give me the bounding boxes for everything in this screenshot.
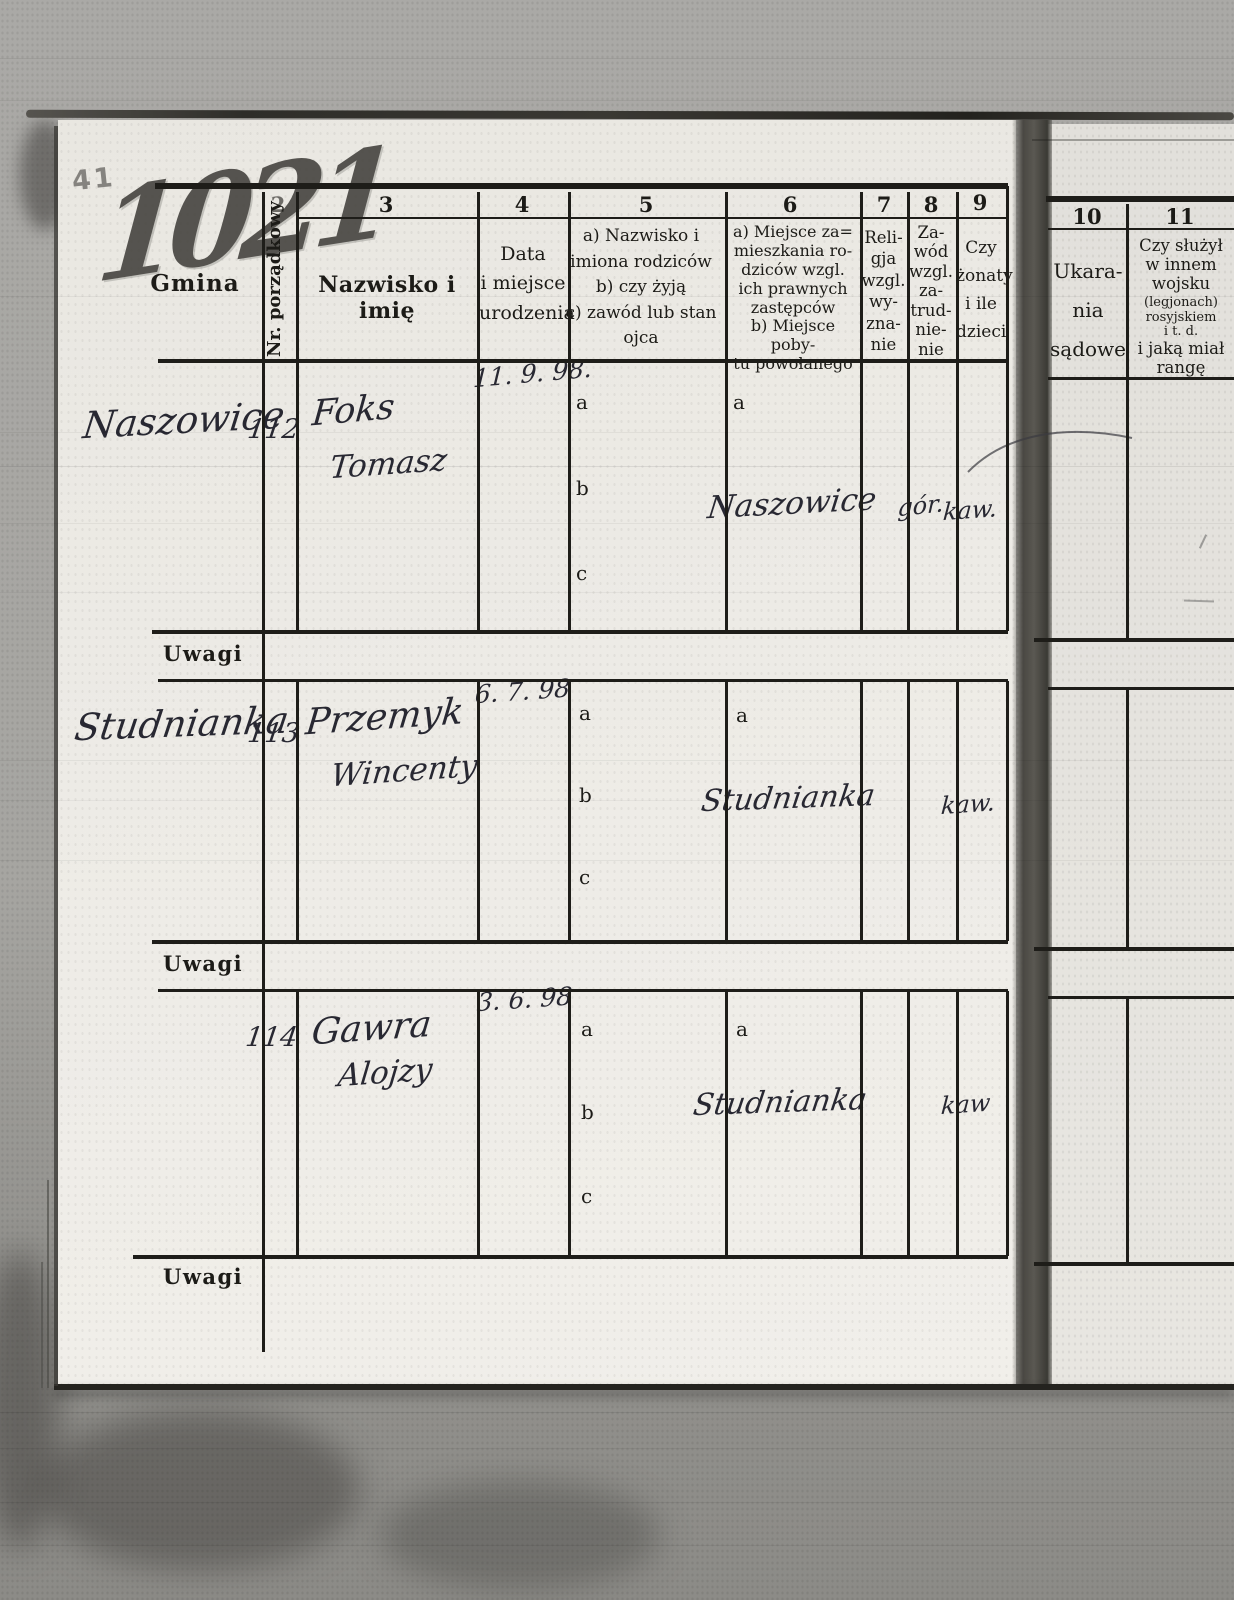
- row-marker-c: c: [581, 1184, 592, 1208]
- scan-streak: [0, 860, 1234, 861]
- grid-line-horizontal: [296, 217, 1006, 219]
- column-number-c4: 4: [500, 192, 544, 217]
- row-marker-b: b: [579, 783, 592, 807]
- column-header-sluzba-top: Czy służył w innem wojsku: [1130, 237, 1232, 294]
- grid-line-vertical: [725, 681, 728, 941]
- grid-line-vertical: [477, 991, 480, 1256]
- row-marker-b: b: [576, 476, 589, 500]
- grid-line-vertical: [907, 192, 910, 631]
- row-marker-c: c: [579, 865, 590, 889]
- page-stack-edge: [41, 1262, 43, 1388]
- row-marker-b: b: [581, 1100, 594, 1124]
- grid-line-vertical: [477, 192, 480, 631]
- record-given-name: Alojzy: [336, 1051, 434, 1094]
- grid-line-horizontal: [1034, 638, 1234, 642]
- grid-line-vertical: [956, 681, 959, 941]
- scan-streak: [0, 100, 1234, 101]
- scan-streak: [0, 1448, 1234, 1449]
- page-edge-bottom: [54, 1384, 1234, 1390]
- grid-line-horizontal: [1048, 687, 1234, 690]
- page-edge-gutter: [1012, 120, 1052, 1388]
- grid-line-vertical: [907, 681, 910, 941]
- column-header-sluzba-small: (legjonach) rosyjskiem i t. d.: [1130, 296, 1232, 340]
- grid-line-horizontal: [158, 989, 1008, 992]
- page2-top-edge: [1032, 139, 1234, 141]
- scan-streak: [0, 592, 1234, 593]
- grid-line-vertical: [860, 192, 863, 631]
- page-edge-left: [54, 126, 58, 1386]
- grid-line-vertical: [477, 681, 480, 941]
- grid-line-vertical: [860, 991, 863, 1256]
- record-marital-status: kaw: [940, 1089, 991, 1121]
- row-marker-a: a: [733, 390, 745, 414]
- scan-streak: [0, 800, 1234, 801]
- grid-line-vertical: [1006, 681, 1009, 941]
- record-surname: Gawra: [310, 1004, 434, 1054]
- grid-line-horizontal: [155, 183, 1008, 189]
- row-marker-a: a: [736, 703, 748, 727]
- grid-line-vertical: [1126, 997, 1129, 1262]
- grid-line-vertical: [1006, 991, 1009, 1256]
- scan-streak: [0, 432, 1234, 433]
- record-marital-status: kaw.: [940, 788, 996, 820]
- grid-line-vertical: [296, 192, 299, 631]
- grid-line-horizontal: [133, 1255, 1008, 1259]
- record-nr: 114: [244, 1022, 300, 1053]
- grid-line-vertical: [262, 192, 265, 1352]
- column-number-c9: 9: [958, 190, 1002, 215]
- column-number-c5: 5: [624, 192, 668, 217]
- scan-streak: [0, 58, 1234, 59]
- column-header-data-urodzenia: Data i miejsce urodzenia: [479, 240, 567, 328]
- grid-line-vertical: [296, 991, 299, 1256]
- grid-line-horizontal: [158, 679, 1008, 682]
- record-occupation: gór.: [897, 489, 944, 522]
- grid-line-horizontal: [158, 359, 1008, 363]
- scan-streak: [0, 523, 1234, 524]
- column-number-c2: 2: [256, 192, 300, 217]
- column-header-ukarania: Ukara- nia sądowe: [1048, 252, 1128, 369]
- column-number-c8: 8: [909, 192, 953, 217]
- column-header-czy-zonaty: Czy żonaty i ile dzieci: [956, 234, 1006, 346]
- grid-line-horizontal: [152, 630, 1008, 634]
- document-scan: { "marginalia": { "corner_number": "41",…: [0, 0, 1234, 1600]
- scan-streak: [0, 760, 1234, 761]
- column-header-rodzice: a) Nazwisko i imiona rodziców b) czy żyj…: [558, 224, 724, 352]
- ink-flourish: [940, 408, 1150, 498]
- uwagi-label-1: Uwagi: [163, 641, 243, 666]
- row-marker-a: a: [581, 1017, 593, 1041]
- record-nr: 113: [246, 718, 302, 749]
- shadow-blot: [40, 1410, 360, 1570]
- grid-line-vertical: [568, 991, 571, 1256]
- uwagi-label-3: Uwagi: [163, 1264, 243, 1289]
- grid-line-horizontal: [1034, 947, 1234, 951]
- shadow-blot: [380, 1480, 660, 1590]
- record-marital-status: kaw.: [942, 494, 998, 526]
- grid-line-horizontal: [1034, 1262, 1234, 1266]
- row-marker-c: c: [576, 561, 587, 585]
- column-header-zawod: Za- wód wzgl. za- trud- nie- nie: [908, 223, 954, 359]
- column-header-gmina: Gmina: [130, 270, 260, 297]
- grid-line-vertical: [956, 991, 959, 1256]
- grid-line-vertical: [725, 192, 728, 631]
- column-number-c11: 11: [1158, 204, 1202, 229]
- row-marker-a: a: [579, 701, 591, 725]
- record-surname: Foks: [310, 387, 396, 435]
- grid-line-horizontal: [1048, 996, 1234, 999]
- column-header-sluzba-bottom: i jaką miał rangę: [1130, 340, 1232, 378]
- grid-line-vertical: [860, 681, 863, 941]
- scan-streak: [0, 296, 1234, 297]
- page-stack-edge: [47, 1180, 49, 1388]
- column-header-nr-porzadkowy: Nr. porządkowy: [264, 200, 295, 358]
- column-header-miejsce-zamieszkania: a) Miejsce za= mieszkania ro- dziców wzg…: [727, 223, 859, 374]
- record-nr: 112: [246, 414, 302, 445]
- row-marker-a: a: [736, 1017, 748, 1041]
- grid-line-horizontal: [1046, 196, 1234, 202]
- scan-streak: [0, 1502, 1234, 1503]
- grid-line-vertical: [1126, 204, 1129, 639]
- grid-line-vertical: [568, 681, 571, 941]
- scan-streak: [0, 466, 1234, 467]
- grid-line-horizontal: [1048, 377, 1234, 380]
- scan-streak: [0, 1545, 1234, 1546]
- column-header-nazwisko: Nazwisko i imię: [298, 272, 476, 324]
- scan-streak: [0, 1412, 1234, 1413]
- column-number-c6: 6: [768, 192, 812, 217]
- record-residence: Studnianka: [691, 1082, 869, 1123]
- uwagi-label-2: Uwagi: [163, 951, 243, 976]
- grid-line-vertical: [956, 192, 959, 631]
- column-number-c3: 3: [364, 192, 408, 217]
- column-number-c10: 10: [1065, 204, 1109, 229]
- column-header-religja: Reli- gja wzgl. wy- zna- nie: [861, 227, 906, 356]
- grid-line-vertical: [568, 192, 571, 631]
- column-number-c7: 7: [862, 192, 906, 217]
- grid-line-vertical: [1006, 186, 1009, 631]
- grid-line-vertical: [725, 991, 728, 1256]
- grid-line-horizontal: [152, 940, 1008, 944]
- row-marker-a: a: [576, 390, 588, 414]
- grid-line-vertical: [296, 681, 299, 941]
- grid-line-vertical: [1126, 688, 1129, 947]
- grid-line-vertical: [907, 991, 910, 1256]
